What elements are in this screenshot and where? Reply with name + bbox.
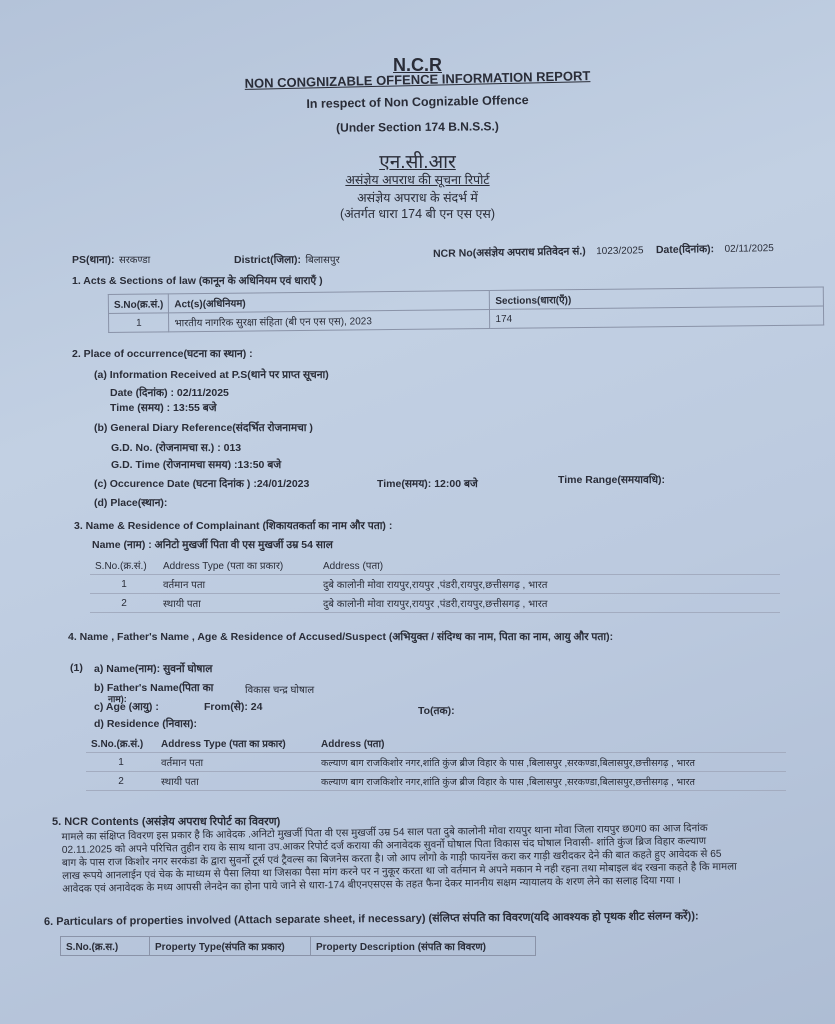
column-header: S.No.(क्र.सं.) bbox=[86, 734, 156, 753]
cell-sno: 1 bbox=[108, 313, 169, 333]
section3-heading: 3. Name & Residence of Complainant (शिका… bbox=[74, 519, 392, 533]
column-header: Address Type (पता का प्रकार) bbox=[158, 556, 318, 575]
column-header: Address (पता) bbox=[316, 734, 786, 753]
accused-age-label: c) Age (आयु) : bbox=[94, 700, 159, 714]
cell-address: कल्याण बाग राजकिशोर नगर,शांति कुंज ब्रीज… bbox=[316, 753, 786, 772]
cell-address-type: स्थायी पता bbox=[156, 772, 316, 791]
district-field: District(जिला): बिलासपुर bbox=[234, 250, 340, 268]
cell-address-type: वर्तमान पता bbox=[156, 753, 316, 772]
acts-table: S.No(क्र.सं.) Act(s)(अधिनियम) Sections(ध… bbox=[108, 287, 824, 333]
ncr-no-label: NCR No(असंज्ञेय अपराध प्रतिवेदन सं.) bbox=[433, 245, 586, 260]
cell-sno: 2 bbox=[86, 772, 156, 791]
cell-act: भारतीय नागरिक सुरक्षा संहिता (बी एन एस ए… bbox=[169, 310, 490, 332]
section1-heading: 1. Acts & Sections of law (कानून के अधिन… bbox=[72, 274, 323, 288]
section2-heading: 2. Place of occurrence(घटना का स्थान) : bbox=[72, 347, 253, 361]
date-label: Date(दिनांक): bbox=[656, 243, 714, 256]
column-header: S.No(क्र.सं.) bbox=[108, 294, 169, 314]
table-header-row: S.No.(क्र.स.) Property Type(संपति का प्र… bbox=[61, 937, 536, 956]
properties-table: S.No.(क्र.स.) Property Type(संपति का प्र… bbox=[60, 936, 536, 956]
district-value: बिलासपुर bbox=[305, 255, 339, 266]
cell-sno: 1 bbox=[86, 753, 156, 772]
ncr-contents: मामले का संक्षिप्त विवरण इस प्रकार है कि… bbox=[62, 821, 763, 896]
table-header-row: S.No.(क्र.सं.) Address Type (पता का प्रक… bbox=[90, 556, 780, 575]
cell-sno: 2 bbox=[90, 594, 158, 613]
table-row: 1 वर्तमान पता दुबे कालोनी मोवा रायपुर,रा… bbox=[90, 575, 780, 594]
table-row: 2 स्थायी पता कल्याण बाग राजकिशोर नगर,शां… bbox=[86, 772, 786, 791]
cell-address-type: स्थायी पता bbox=[158, 594, 318, 613]
occurrence-time: Time(समय): 12:00 बजे bbox=[377, 477, 478, 491]
gd-number: G.D. No. (रोजनामचा स.) : 013 bbox=[111, 441, 241, 455]
ncr-no-field: NCR No(असंज्ञेय अपराध प्रतिवेदन सं.) 102… bbox=[433, 238, 774, 262]
time-range: Time Range(समयावधि): bbox=[558, 473, 665, 487]
column-header: Property Description (संपति का विवरण) bbox=[311, 937, 536, 956]
column-header: Address Type (पता का प्रकार) bbox=[156, 734, 316, 753]
respect-hi: असंज्ञेय अपराध के संदर्भ में bbox=[0, 189, 835, 206]
info-time: Time (समय) : 13:55 बजे bbox=[110, 401, 217, 415]
column-header: Property Type(संपति का प्रकार) bbox=[150, 937, 311, 956]
section-hi: (अंतर्गत धारा 174 बी एन एस एस) bbox=[0, 205, 835, 222]
ps-label: PS(थाना): bbox=[72, 254, 114, 266]
gd-time: G.D. Time (रोजनामचा समय) :13:50 बजे bbox=[111, 458, 281, 472]
complainant-name: Name (नाम) : अनिटो मुखर्जी पिता वी एस मु… bbox=[92, 538, 333, 552]
complainant-address-table: S.No.(क्र.सं.) Address Type (पता का प्रक… bbox=[90, 556, 780, 613]
district-label: District(जिला): bbox=[234, 254, 301, 266]
column-header: Address (पता) bbox=[318, 556, 780, 575]
cell-address: कल्याण बाग राजकिशोर नगर,शांति कुंज ब्रीज… bbox=[316, 772, 786, 791]
gd-reference-label: (b) General Diary Reference(संदर्भित रोज… bbox=[94, 421, 313, 435]
occurrence-date: (c) Occurence Date (घटना दिनांक ) :24/01… bbox=[94, 477, 309, 491]
info-received-label: (a) Information Received at P.S(थाने पर … bbox=[94, 368, 329, 382]
column-header: S.No.(क्र.सं.) bbox=[90, 556, 158, 575]
cell-address: दुबे कालोनी मोवा रायपुर,रायपुर ,पंडरी,रा… bbox=[318, 594, 780, 613]
accused-index: (1) bbox=[70, 662, 83, 674]
ps-field: PS(थाना): सरकण्डा bbox=[72, 250, 150, 268]
place-label: (d) Place(स्थान): bbox=[94, 496, 167, 510]
section5-heading: 5. NCR Contents (असंज्ञेय अपराध रिपोर्ट … bbox=[52, 814, 280, 829]
subtitle-hi: असंज्ञेय अपराध की सूचना रिपोर्ट bbox=[0, 171, 835, 188]
ps-value: सरकण्डा bbox=[119, 255, 150, 266]
accused-age-from: From(से): 24 bbox=[204, 700, 262, 714]
cell-address-type: वर्तमान पता bbox=[158, 575, 318, 594]
section-en: (Under Section 174 B.N.S.S.) bbox=[0, 116, 835, 137]
date-value: 02/11/2025 bbox=[724, 243, 773, 255]
ncr-document: N.C.R NON CONGNIZABLE OFFENCE INFORMATIO… bbox=[0, 0, 835, 1024]
accused-address-table: S.No.(क्र.सं.) Address Type (पता का प्रक… bbox=[86, 734, 786, 791]
cell-address: दुबे कालोनी मोवा रायपुर,रायपुर ,पंडरी,रा… bbox=[318, 575, 780, 594]
table-row: 2 स्थायी पता दुबे कालोनी मोवा रायपुर,राय… bbox=[90, 594, 780, 613]
accused-name: a) Name(नाम): सुवर्नो घोषाल bbox=[94, 662, 212, 676]
ncr-no-value: 1023/2025 bbox=[596, 245, 643, 257]
accused-father-value: विकास चन्द्र घोषाल bbox=[245, 682, 314, 696]
cell-sno: 1 bbox=[90, 575, 158, 594]
accused-age-to: To(तक): bbox=[418, 704, 455, 718]
section6-heading: 6. Particulars of properties involved (A… bbox=[44, 908, 699, 929]
section4-heading: 4. Name , Father's Name , Age & Residenc… bbox=[68, 630, 613, 644]
cell-section: 174 bbox=[490, 306, 824, 328]
table-header-row: S.No.(क्र.सं.) Address Type (पता का प्रक… bbox=[86, 734, 786, 753]
info-date: Date (दिनांक) : 02/11/2025 bbox=[110, 386, 229, 400]
table-row: 1 वर्तमान पता कल्याण बाग राजकिशोर नगर,शा… bbox=[86, 753, 786, 772]
column-header: S.No.(क्र.स.) bbox=[61, 937, 150, 956]
accused-residence-label: d) Residence (निवास): bbox=[94, 717, 197, 731]
